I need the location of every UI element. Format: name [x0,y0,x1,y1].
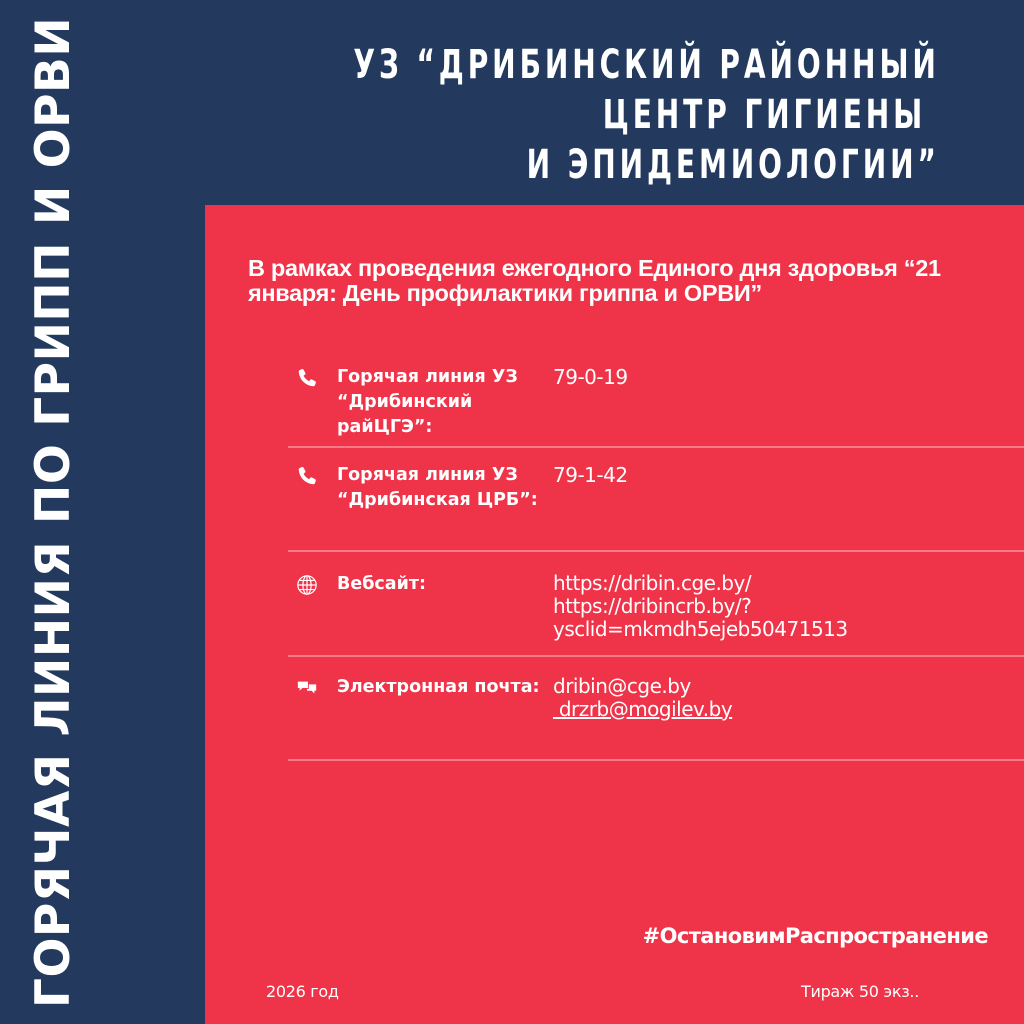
org-title-line-2: ЦЕНТР ГИГИЕНЫ [354,90,940,140]
contact-row-email: Электронная почта: dribin@cge.by drzrb@m… [288,657,1024,761]
contact-label-text: Горячая линия УЗ “Дрибинский райЦГЭ”: [337,365,553,440]
contact-value: 79-0-19 [553,365,628,446]
org-title-line-3: И ЭПИДЕМИОЛОГИИ” [354,140,940,190]
website-link-continuation[interactable]: ysclid=mkmdh5ejeb50471513 [553,618,848,641]
contact-label-text: Горячая линия УЗ “Дрибинская ЦРБ”: [337,463,553,513]
contact-value: https://dribin.cge.by/ https://dribincrb… [553,572,848,655]
contact-row-hotline-crb: Горячая линия УЗ “Дрибинская ЦРБ”: 79-1-… [288,448,1024,552]
contact-value: 79-1-42 [553,463,628,550]
phone-number[interactable]: 79-1-42 [553,464,628,487]
phone-icon [296,465,318,487]
phone-number[interactable]: 79-0-19 [553,366,628,389]
contact-row-hotline-cge: Горячая линия УЗ “Дрибинский райЦГЭ”: 79… [288,360,1024,448]
website-link[interactable]: https://dribin.cge.by/ [553,572,848,595]
email-link[interactable]: drzrb@mogilev.by [553,698,732,721]
contact-label: Горячая линия УЗ “Дрибинская ЦРБ”: [288,463,553,550]
contact-label-text: Электронная почта: [337,675,540,700]
contact-label: Электронная почта: [288,675,553,759]
vertical-title: ГОРЯЧАЯ ЛИНИЯ ПО ГРИПП И ОРВИ [30,17,77,1008]
hashtag: #ОстановимРаспространение [643,924,988,948]
contact-row-website: Вебсайт: https://dribin.cge.by/ https://… [288,552,1024,657]
globe-icon [296,574,318,596]
footer-circulation: Тираж 50 экз.. [801,982,919,1001]
chat-icon [296,677,318,699]
org-title-line-1: УЗ “ДРИБИНСКИЙ РАЙОННЫЙ [354,40,940,90]
contact-value: dribin@cge.by drzrb@mogilev.by [553,675,732,759]
intro-heading: В рамках проведения ежегодного Единого д… [248,256,988,306]
contact-label-text: Вебсайт: [337,572,426,597]
organization-title: УЗ “ДРИБИНСКИЙ РАЙОННЫЙ ЦЕНТР ГИГИЕНЫ И … [354,40,940,190]
website-link[interactable]: https://dribincrb.by/? [553,595,848,618]
email-link[interactable]: dribin@cge.by [553,675,732,698]
contact-label: Вебсайт: [288,572,553,655]
contacts-table: Горячая линия УЗ “Дрибинский райЦГЭ”: 79… [288,360,1024,761]
phone-icon [296,367,318,389]
contact-label: Горячая линия УЗ “Дрибинский райЦГЭ”: [288,365,553,446]
footer-year: 2026 год [266,982,339,1001]
